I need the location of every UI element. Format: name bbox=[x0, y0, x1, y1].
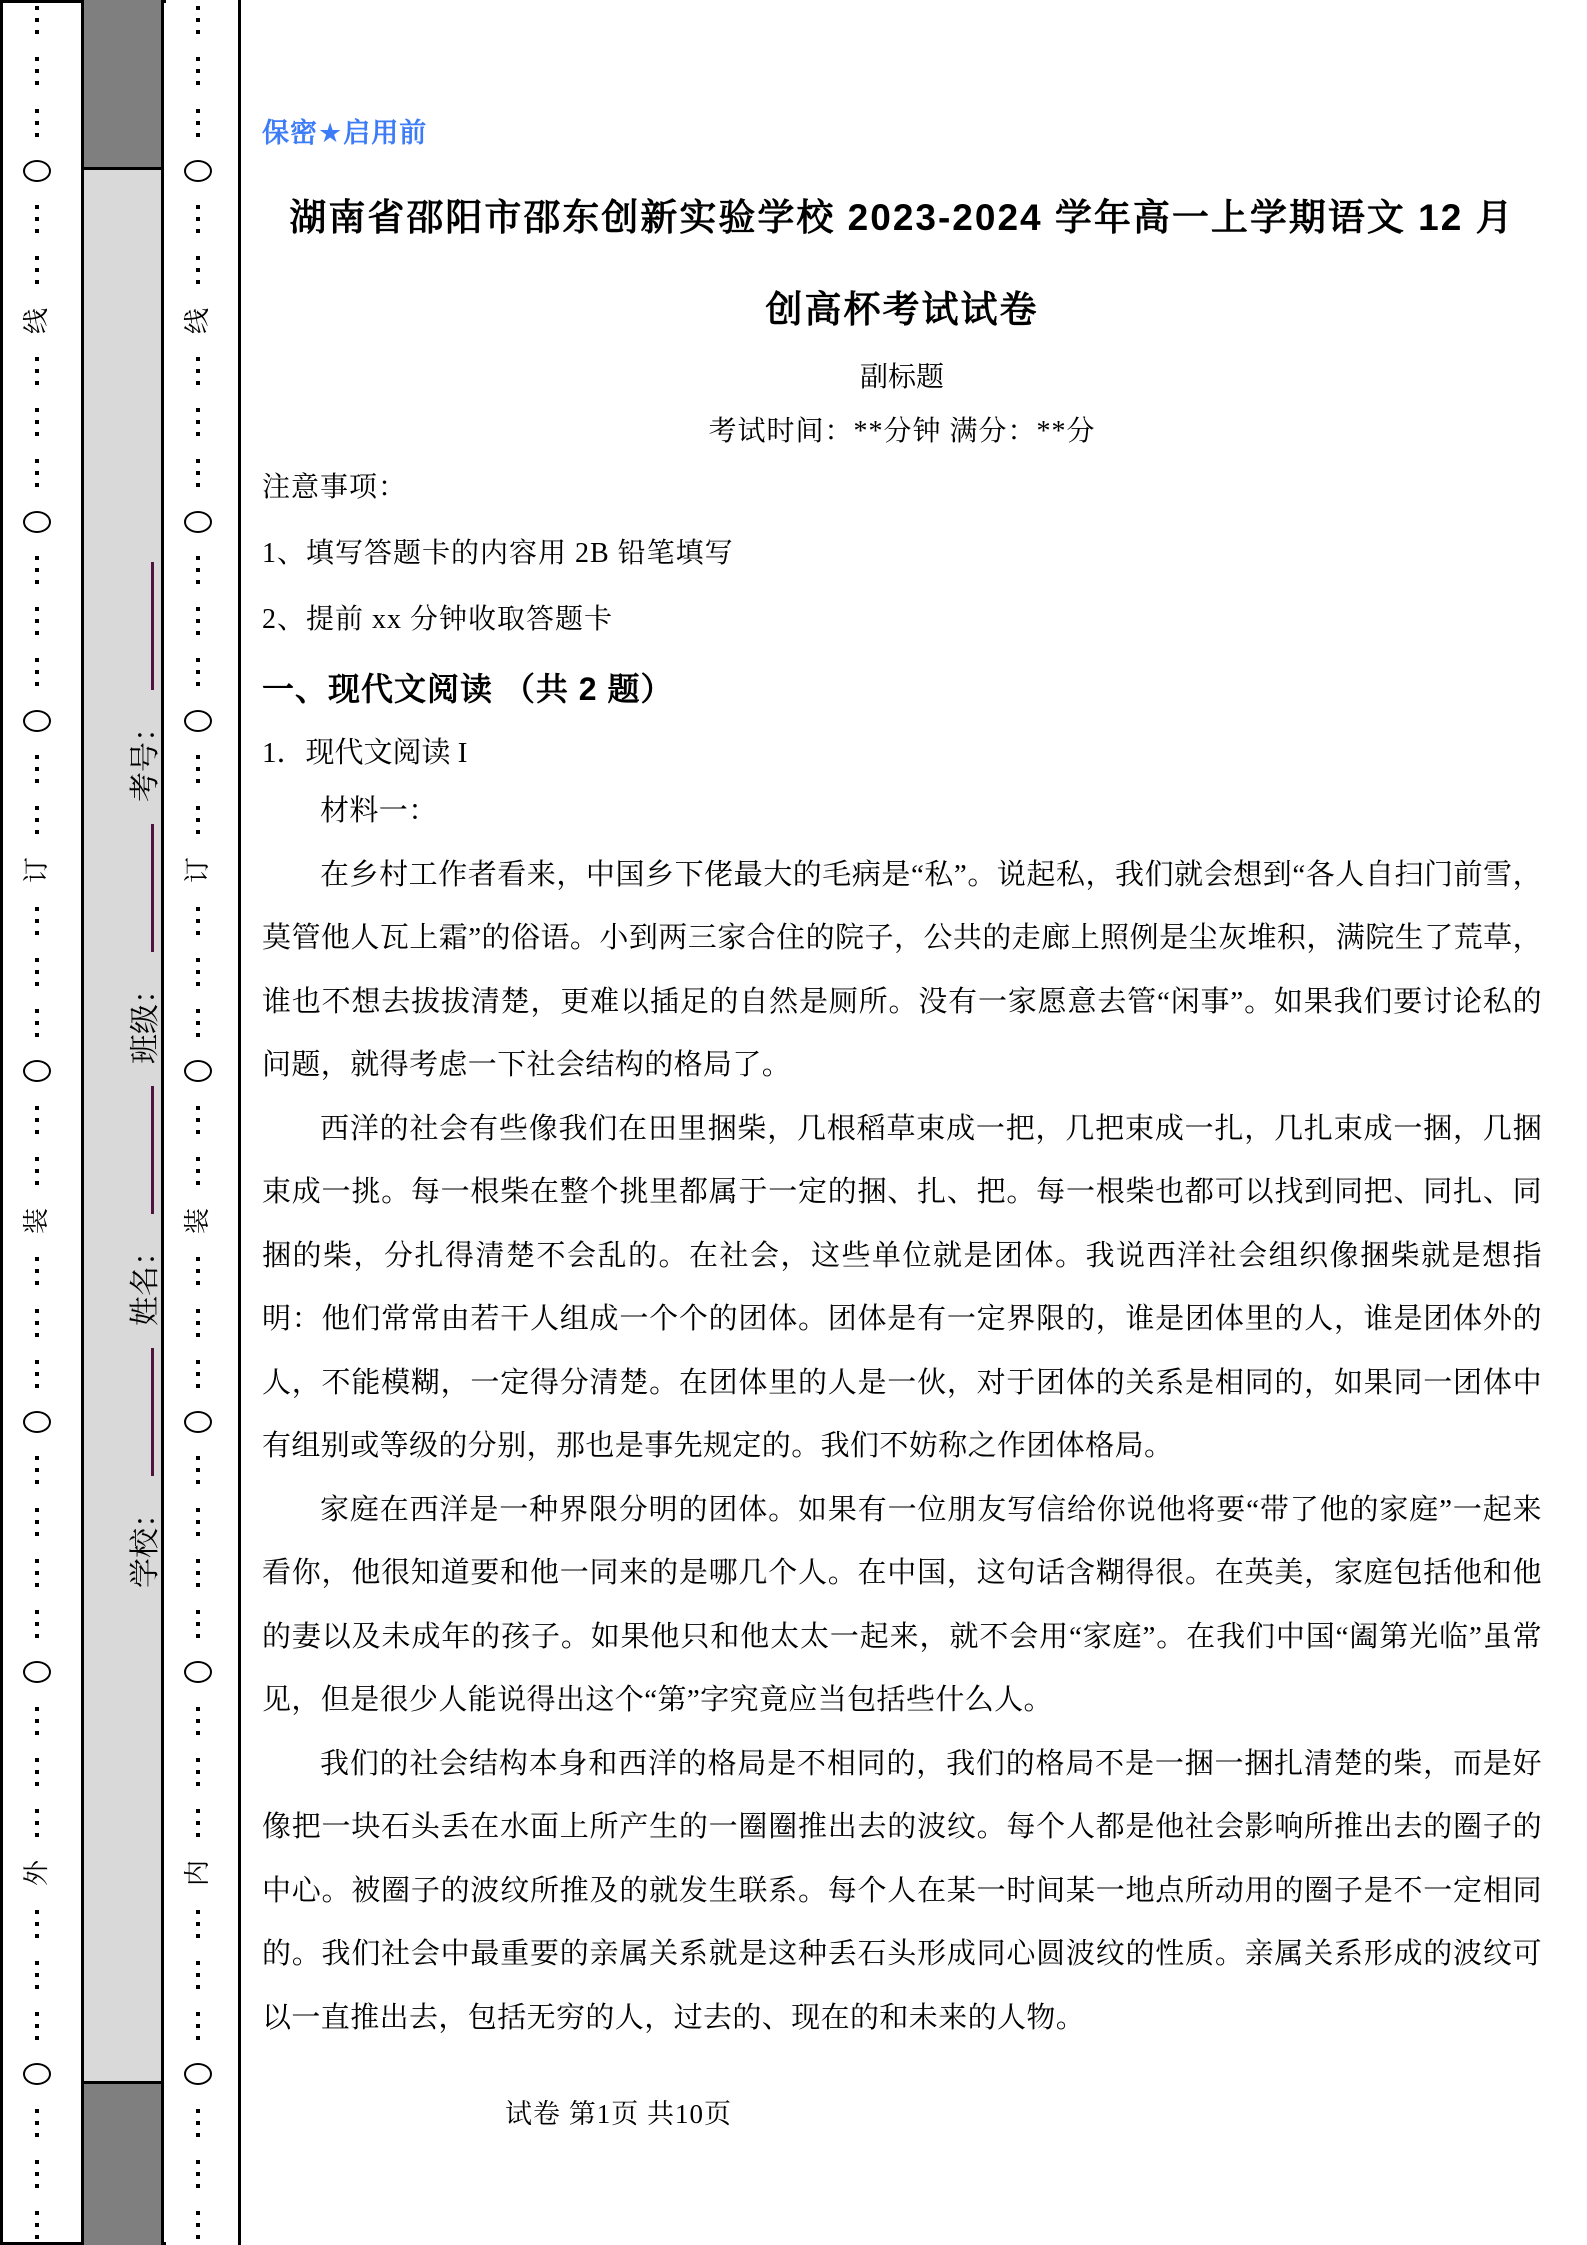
binding-dots bbox=[35, 1309, 39, 1337]
student-info-column: 学校：姓名：班级：考号： bbox=[81, 0, 164, 2245]
binding-hole-circle bbox=[23, 160, 51, 182]
binding-hole-circle bbox=[23, 1661, 51, 1683]
binding-dots bbox=[196, 2211, 200, 2239]
section-heading-modern-reading: 一、现代文阅读 （共 2 题） bbox=[262, 666, 1542, 712]
binding-dots bbox=[35, 1910, 39, 1938]
binding-dots bbox=[196, 1309, 200, 1337]
field-blank-line-exam-number bbox=[131, 562, 154, 690]
binding-dots bbox=[196, 907, 200, 935]
field-label-school: 学校： bbox=[120, 1498, 164, 1588]
binding-dots bbox=[35, 1610, 39, 1638]
binding-char: 线 bbox=[185, 307, 211, 333]
binding-dots bbox=[35, 1360, 39, 1388]
binding-dots bbox=[35, 408, 39, 436]
binding-dots bbox=[196, 1456, 200, 1484]
binding-dots bbox=[196, 1758, 200, 1786]
binding-dots bbox=[196, 556, 200, 584]
binding-hole-circle bbox=[23, 511, 51, 533]
binding-dots bbox=[196, 1360, 200, 1388]
outer-binding-line: 线订装外 bbox=[27, 6, 47, 2239]
binding-char: 外 bbox=[24, 1860, 50, 1886]
notice-item-2: 2、提前 xx 分钟收取答题卡 bbox=[262, 600, 1542, 640]
title-line-1: 湖南省邵阳市邵东创新实验学校 2023-2024 学年高一上学期语文 12 月 bbox=[289, 172, 1514, 264]
reading-passage: 材料一： 在乡村工作者看来，中国乡下佬最大的毛病是“私”。说起私，我们就会想到“… bbox=[262, 780, 1542, 2050]
binding-dots bbox=[35, 1758, 39, 1786]
binding-dots bbox=[35, 6, 39, 34]
binding-hole-circle bbox=[23, 2063, 51, 2085]
binding-dots bbox=[35, 1009, 39, 1037]
binding-dots bbox=[196, 755, 200, 783]
binding-hole-circle bbox=[184, 1661, 212, 1683]
binding-dots bbox=[196, 459, 200, 487]
student-info-fields: 学校：姓名：班级：考号： bbox=[102, 520, 182, 1630]
binding-dots bbox=[35, 1559, 39, 1587]
binding-dots bbox=[35, 1707, 39, 1735]
binding-dots bbox=[196, 1910, 200, 1938]
binding-hole-circle bbox=[184, 160, 212, 182]
binding-dots bbox=[196, 2012, 200, 2040]
binding-dots bbox=[35, 907, 39, 935]
binding-char: 线 bbox=[24, 307, 50, 333]
passage-paragraph: 我们的社会结构本身和西洋的格局是不相同的，我们的格局不是一捆一捆扎清楚的柴，而是… bbox=[262, 1733, 1542, 2051]
binding-dots bbox=[196, 1106, 200, 1134]
field-blank-line-school bbox=[131, 1348, 154, 1476]
binding-hole-circle bbox=[184, 1411, 212, 1433]
binding-dots bbox=[196, 2160, 200, 2188]
passage-paragraph: 西洋的社会有些像我们在田里捆柴，几根稻草束成一把，几把束成一扎，几扎束成一捆，几… bbox=[262, 1098, 1542, 1479]
binding-dots bbox=[35, 459, 39, 487]
field-blank-line-name bbox=[131, 1086, 154, 1214]
binding-dots bbox=[35, 958, 39, 986]
binding-dots bbox=[196, 205, 200, 233]
binding-dots bbox=[35, 2109, 39, 2137]
binding-hole-circle bbox=[184, 710, 212, 732]
confidential-notice: 保密★启用前 bbox=[262, 116, 1542, 150]
binding-char: 内 bbox=[185, 1860, 211, 1886]
inner-binding-line: 线订装内 bbox=[188, 6, 208, 2239]
binding-dots bbox=[196, 408, 200, 436]
binding-dots bbox=[196, 1961, 200, 1989]
binding-char: 订 bbox=[24, 857, 50, 883]
binding-dots bbox=[196, 1257, 200, 1285]
question-1-label: 1．现代文阅读 I bbox=[262, 732, 1542, 774]
passage-paragraph: 家庭在西洋是一种界限分明的团体。如果有一位朋友写信给你说他将要“带了他的家庭”一… bbox=[262, 1479, 1542, 1733]
binding-dots bbox=[35, 556, 39, 584]
binding-dots bbox=[196, 357, 200, 385]
binding-dots bbox=[35, 109, 39, 137]
binding-dots bbox=[35, 256, 39, 284]
binding-dots bbox=[196, 1508, 200, 1536]
binding-dots bbox=[196, 607, 200, 635]
binding-dots bbox=[196, 958, 200, 986]
binding-dots bbox=[196, 1009, 200, 1037]
binding-dots bbox=[35, 1961, 39, 1989]
field-label-class: 班级： bbox=[120, 974, 164, 1064]
binding-dots bbox=[35, 205, 39, 233]
notice-item-1: 1、填写答题卡的内容用 2B 铅笔填写 bbox=[262, 534, 1542, 574]
title-line-2: 创高杯考试试卷 bbox=[766, 264, 1039, 356]
binding-dots bbox=[196, 57, 200, 85]
column-bottom-cap bbox=[84, 2081, 161, 2245]
binding-dots bbox=[35, 1809, 39, 1837]
binding-dots bbox=[35, 1157, 39, 1185]
passage-paragraph: 在乡村工作者看来，中国乡下佬最大的毛病是“私”。说起私，我们就会想到“各人自扫门… bbox=[262, 844, 1542, 1098]
binding-dots bbox=[35, 2160, 39, 2188]
field-blank-line-class bbox=[131, 824, 154, 952]
binding-dots bbox=[196, 1707, 200, 1735]
binding-dots bbox=[196, 1157, 200, 1185]
field-label-exam-number: 考号： bbox=[120, 712, 164, 802]
exam-paper-page: 线订装外 学校：姓名：班级：考号： 线订装内 保密★启用前 湖南省邵阳市邵东创新… bbox=[0, 0, 1587, 2245]
material-1-label: 材料一： bbox=[262, 780, 1542, 844]
content-divider-rule bbox=[238, 0, 241, 2245]
binding-dots bbox=[196, 2109, 200, 2137]
page-title: 湖南省邵阳市邵东创新实验学校 2023-2024 学年高一上学期语文 12 月 … bbox=[262, 172, 1542, 356]
binding-dots bbox=[35, 1106, 39, 1134]
subtitle: 副标题 bbox=[262, 356, 1542, 400]
page-left-border bbox=[0, 0, 3, 2245]
binding-dots bbox=[35, 658, 39, 686]
column-top-cap bbox=[84, 0, 161, 170]
binding-dots bbox=[196, 1559, 200, 1587]
binding-char: 装 bbox=[24, 1208, 50, 1234]
binding-char: 订 bbox=[185, 857, 211, 883]
binding-dots bbox=[196, 1610, 200, 1638]
binding-dots bbox=[35, 57, 39, 85]
binding-dots bbox=[196, 6, 200, 34]
page-number-footer: 试卷 第1页 共10页 bbox=[505, 2096, 732, 2132]
binding-dots bbox=[196, 658, 200, 686]
binding-hole-circle bbox=[23, 710, 51, 732]
binding-dots bbox=[35, 1257, 39, 1285]
binding-hole-circle bbox=[23, 1060, 51, 1082]
binding-dots bbox=[196, 256, 200, 284]
binding-hole-circle bbox=[23, 1411, 51, 1433]
binding-dots bbox=[35, 755, 39, 783]
binding-hole-circle bbox=[184, 1060, 212, 1082]
binding-dots bbox=[35, 607, 39, 635]
notice-heading: 注意事项： bbox=[262, 468, 1542, 508]
binding-dots bbox=[35, 2211, 39, 2239]
binding-hole-circle bbox=[184, 2063, 212, 2085]
field-label-name: 姓名： bbox=[120, 1236, 164, 1326]
binding-dots bbox=[35, 806, 39, 834]
binding-dots bbox=[196, 806, 200, 834]
binding-char: 装 bbox=[185, 1208, 211, 1234]
binding-dots bbox=[35, 1508, 39, 1536]
exam-content: 保密★启用前 湖南省邵阳市邵东创新实验学校 2023-2024 学年高一上学期语… bbox=[262, 0, 1542, 2050]
binding-dots bbox=[35, 1456, 39, 1484]
exam-time-score-info: 考试时间：**分钟 满分：**分 bbox=[262, 412, 1542, 452]
binding-hole-circle bbox=[184, 511, 212, 533]
binding-dots bbox=[35, 357, 39, 385]
binding-dots bbox=[196, 109, 200, 137]
binding-dots bbox=[35, 2012, 39, 2040]
binding-dots bbox=[196, 1809, 200, 1837]
